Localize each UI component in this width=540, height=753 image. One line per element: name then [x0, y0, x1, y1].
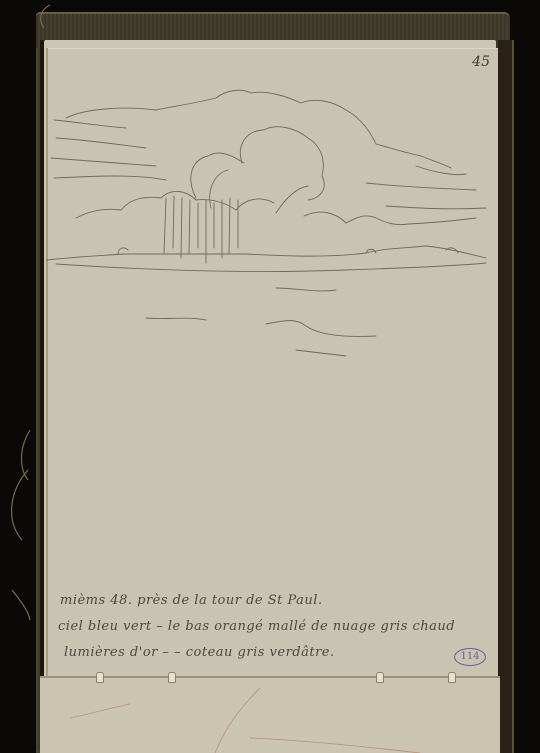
binding-stitch	[96, 672, 104, 683]
note-line-2: ciel bleu vert – le bas orangé mallé de …	[58, 614, 488, 640]
page-number: 45	[472, 54, 490, 70]
spine-right-edge	[498, 40, 514, 753]
red-chalk-marks-icon	[40, 678, 500, 753]
note-line-1: mièms 48. près de la tour de St Paul.	[58, 588, 488, 614]
sketch-page: 45 mièms 48. près de la tour de St Paul.…	[46, 48, 498, 678]
binding-stitch	[448, 672, 456, 683]
collection-stamp: 114	[454, 648, 486, 666]
facing-page	[40, 678, 500, 753]
binding-stitch	[168, 672, 176, 683]
note-line-3: lumières d'or – – coteau gris verdâtre.	[58, 640, 488, 666]
handwritten-notes: mièms 48. près de la tour de St Paul. ci…	[58, 588, 488, 666]
pencil-landscape-sketch-icon	[46, 48, 498, 588]
binding-stitch	[376, 672, 384, 683]
